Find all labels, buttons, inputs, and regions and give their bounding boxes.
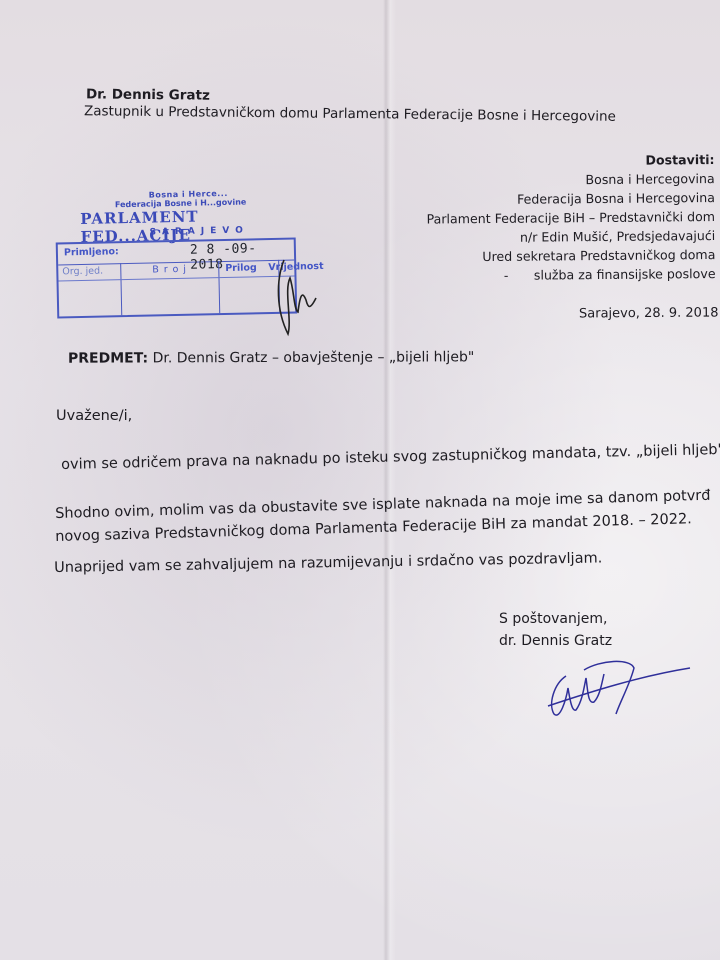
recipient-block: Dostaviti: Bosna i Hercegovina Federacij…: [426, 150, 716, 286]
sender-title: Zastupnik u Predstavničkom domu Parlamen…: [84, 103, 616, 125]
stamp-initials-signature: [270, 250, 320, 340]
closing-salutation: S poštovanjem,: [499, 608, 612, 630]
recipient-heading: Dostaviti:: [426, 150, 715, 172]
greeting: Uvažene/i,: [56, 408, 132, 424]
stamp-received-row: Primljeno: 2 8 -09- 2018: [58, 240, 294, 266]
subject-text: Dr. Dennis Gratz – obavještenje – „bijel…: [148, 349, 474, 366]
letter-page: Dr. Dennis Gratz Zastupnik u Predstavnič…: [0, 0, 720, 960]
body-paragraph-1: ovim se odričem prava na naknadu po iste…: [61, 442, 720, 473]
recipient-line: Bosna i Hercegovina: [426, 169, 715, 191]
recipient-bullet-text: služba za finansijske poslove: [533, 266, 715, 283]
received-stamp: Bosna i Herce... Federacija Bosne i H...…: [53, 187, 302, 322]
sender-name: Dr. Dennis Gratz: [86, 86, 210, 103]
recipient-line-bulleted: -služba za finansijske poslove: [427, 264, 716, 286]
subject-label: PREDMET:: [68, 350, 148, 366]
body-paragraph-3: Unaprijed vam se zahvaljujem na razumije…: [54, 550, 602, 576]
recipient-line: Parlament Federacije BiH – Predstavnički…: [426, 207, 715, 229]
stamp-registry-box: Primljeno: 2 8 -09- 2018 Org. jed. Broj …: [56, 238, 298, 319]
recipient-line: Federacija Bosna i Hercegovina: [426, 188, 715, 210]
recipient-line: Ured sekretara Predstavničkog doma: [426, 245, 715, 267]
recipient-line: n/r Edin Mušić, Predsjedavajući: [426, 226, 715, 248]
stamp-col-prilog: Prilog: [225, 262, 257, 274]
bullet-dash: -: [503, 266, 533, 285]
stamp-col-broj: Broj: [152, 264, 191, 276]
letter-date: Sarajevo, 28. 9. 2018: [578, 306, 718, 322]
handwritten-signature: [540, 640, 700, 720]
stamp-city: SARAJEVO: [149, 225, 249, 237]
stamp-received-label: Primljeno:: [64, 246, 119, 258]
stamp-divider: [120, 263, 122, 315]
stamp-col-org: Org. jed.: [62, 266, 103, 278]
subject-line: PREDMET: Dr. Dennis Gratz – obavještenje…: [68, 349, 474, 366]
